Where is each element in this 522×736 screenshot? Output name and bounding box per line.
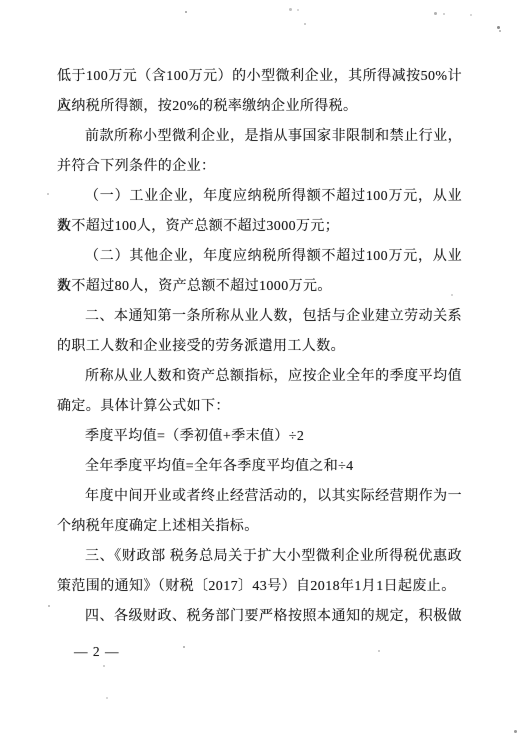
document-line: 年度中间开业或者终止经营活动的，以其实际经营期作为一 (57, 482, 462, 512)
scan-speck (371, 612, 373, 614)
scan-speck (47, 193, 49, 195)
document-line: （二）其他企业，年度应纳税所得额不超过100万元，从业人 (57, 242, 462, 272)
document-line: 季度平均值=（季初值+季末值）÷2 (57, 422, 462, 452)
document-line: 应纳税所得额，按20%的税率缴纳企业所得税。 (57, 92, 462, 122)
document-line: 策范围的通知》（财税〔2017〕43号）自2018年1月1日起废止。 (57, 572, 462, 602)
document-line: 确定。具体计算公式如下： (57, 392, 462, 422)
scan-speck (451, 294, 453, 296)
scan-speck (434, 12, 437, 15)
scan-speck (106, 697, 108, 699)
scan-speck (443, 13, 445, 15)
document-line: （一）工业企业，年度应纳税所得额不超过100万元，从业人 (57, 182, 462, 212)
scan-speck (185, 11, 187, 13)
page-number: — 2 — (74, 644, 120, 660)
document-line: 三、《财政部 税务总局关于扩大小型微利企业所得税优惠政 (57, 542, 462, 572)
document-line: 数不超过100人，资产总额不超过3000万元； (57, 212, 462, 242)
document-line: 所称从业人数和资产总额指标，应按企业全年的季度平均值 (57, 362, 462, 392)
document-line: 的职工人数和企业接受的劳务派遣用工人数。 (57, 332, 462, 362)
document-line: 并符合下列条件的企业： (57, 152, 462, 182)
scan-speck (183, 646, 185, 648)
scanned-document-page: 低于100万元（含100万元）的小型微利企业，其所得减按50%计入应纳税所得额，… (0, 0, 522, 736)
document-line: 低于100万元（含100万元）的小型微利企业，其所得减按50%计入 (57, 62, 462, 92)
scan-speck (297, 9, 299, 11)
scan-speck (304, 23, 306, 25)
document-line: 数不超过80人，资产总额不超过1000万元。 (57, 272, 462, 302)
scan-speck (48, 605, 50, 607)
document-line: 二、本通知第一条所称从业人数，包括与企业建立劳动关系 (57, 302, 462, 332)
document-line: 前款所称小型微利企业，是指从事国家非限制和禁止行业， (57, 122, 462, 152)
scan-speck (499, 30, 501, 32)
scan-speck (289, 8, 292, 11)
document-line: 四、各级财政、税务部门要严格按照本通知的规定，积极做 (57, 602, 462, 632)
scan-speck (103, 665, 105, 667)
document-line: 个纳税年度确定上述相关指标。 (57, 512, 462, 542)
scan-speck (514, 730, 517, 733)
scan-speck (378, 650, 380, 652)
scan-speck (470, 14, 472, 16)
document-line: 全年季度平均值=全年各季度平均值之和÷4 (57, 452, 462, 482)
scan-speck (497, 26, 500, 29)
document-body: 低于100万元（含100万元）的小型微利企业，其所得减按50%计入应纳税所得额，… (57, 62, 462, 632)
